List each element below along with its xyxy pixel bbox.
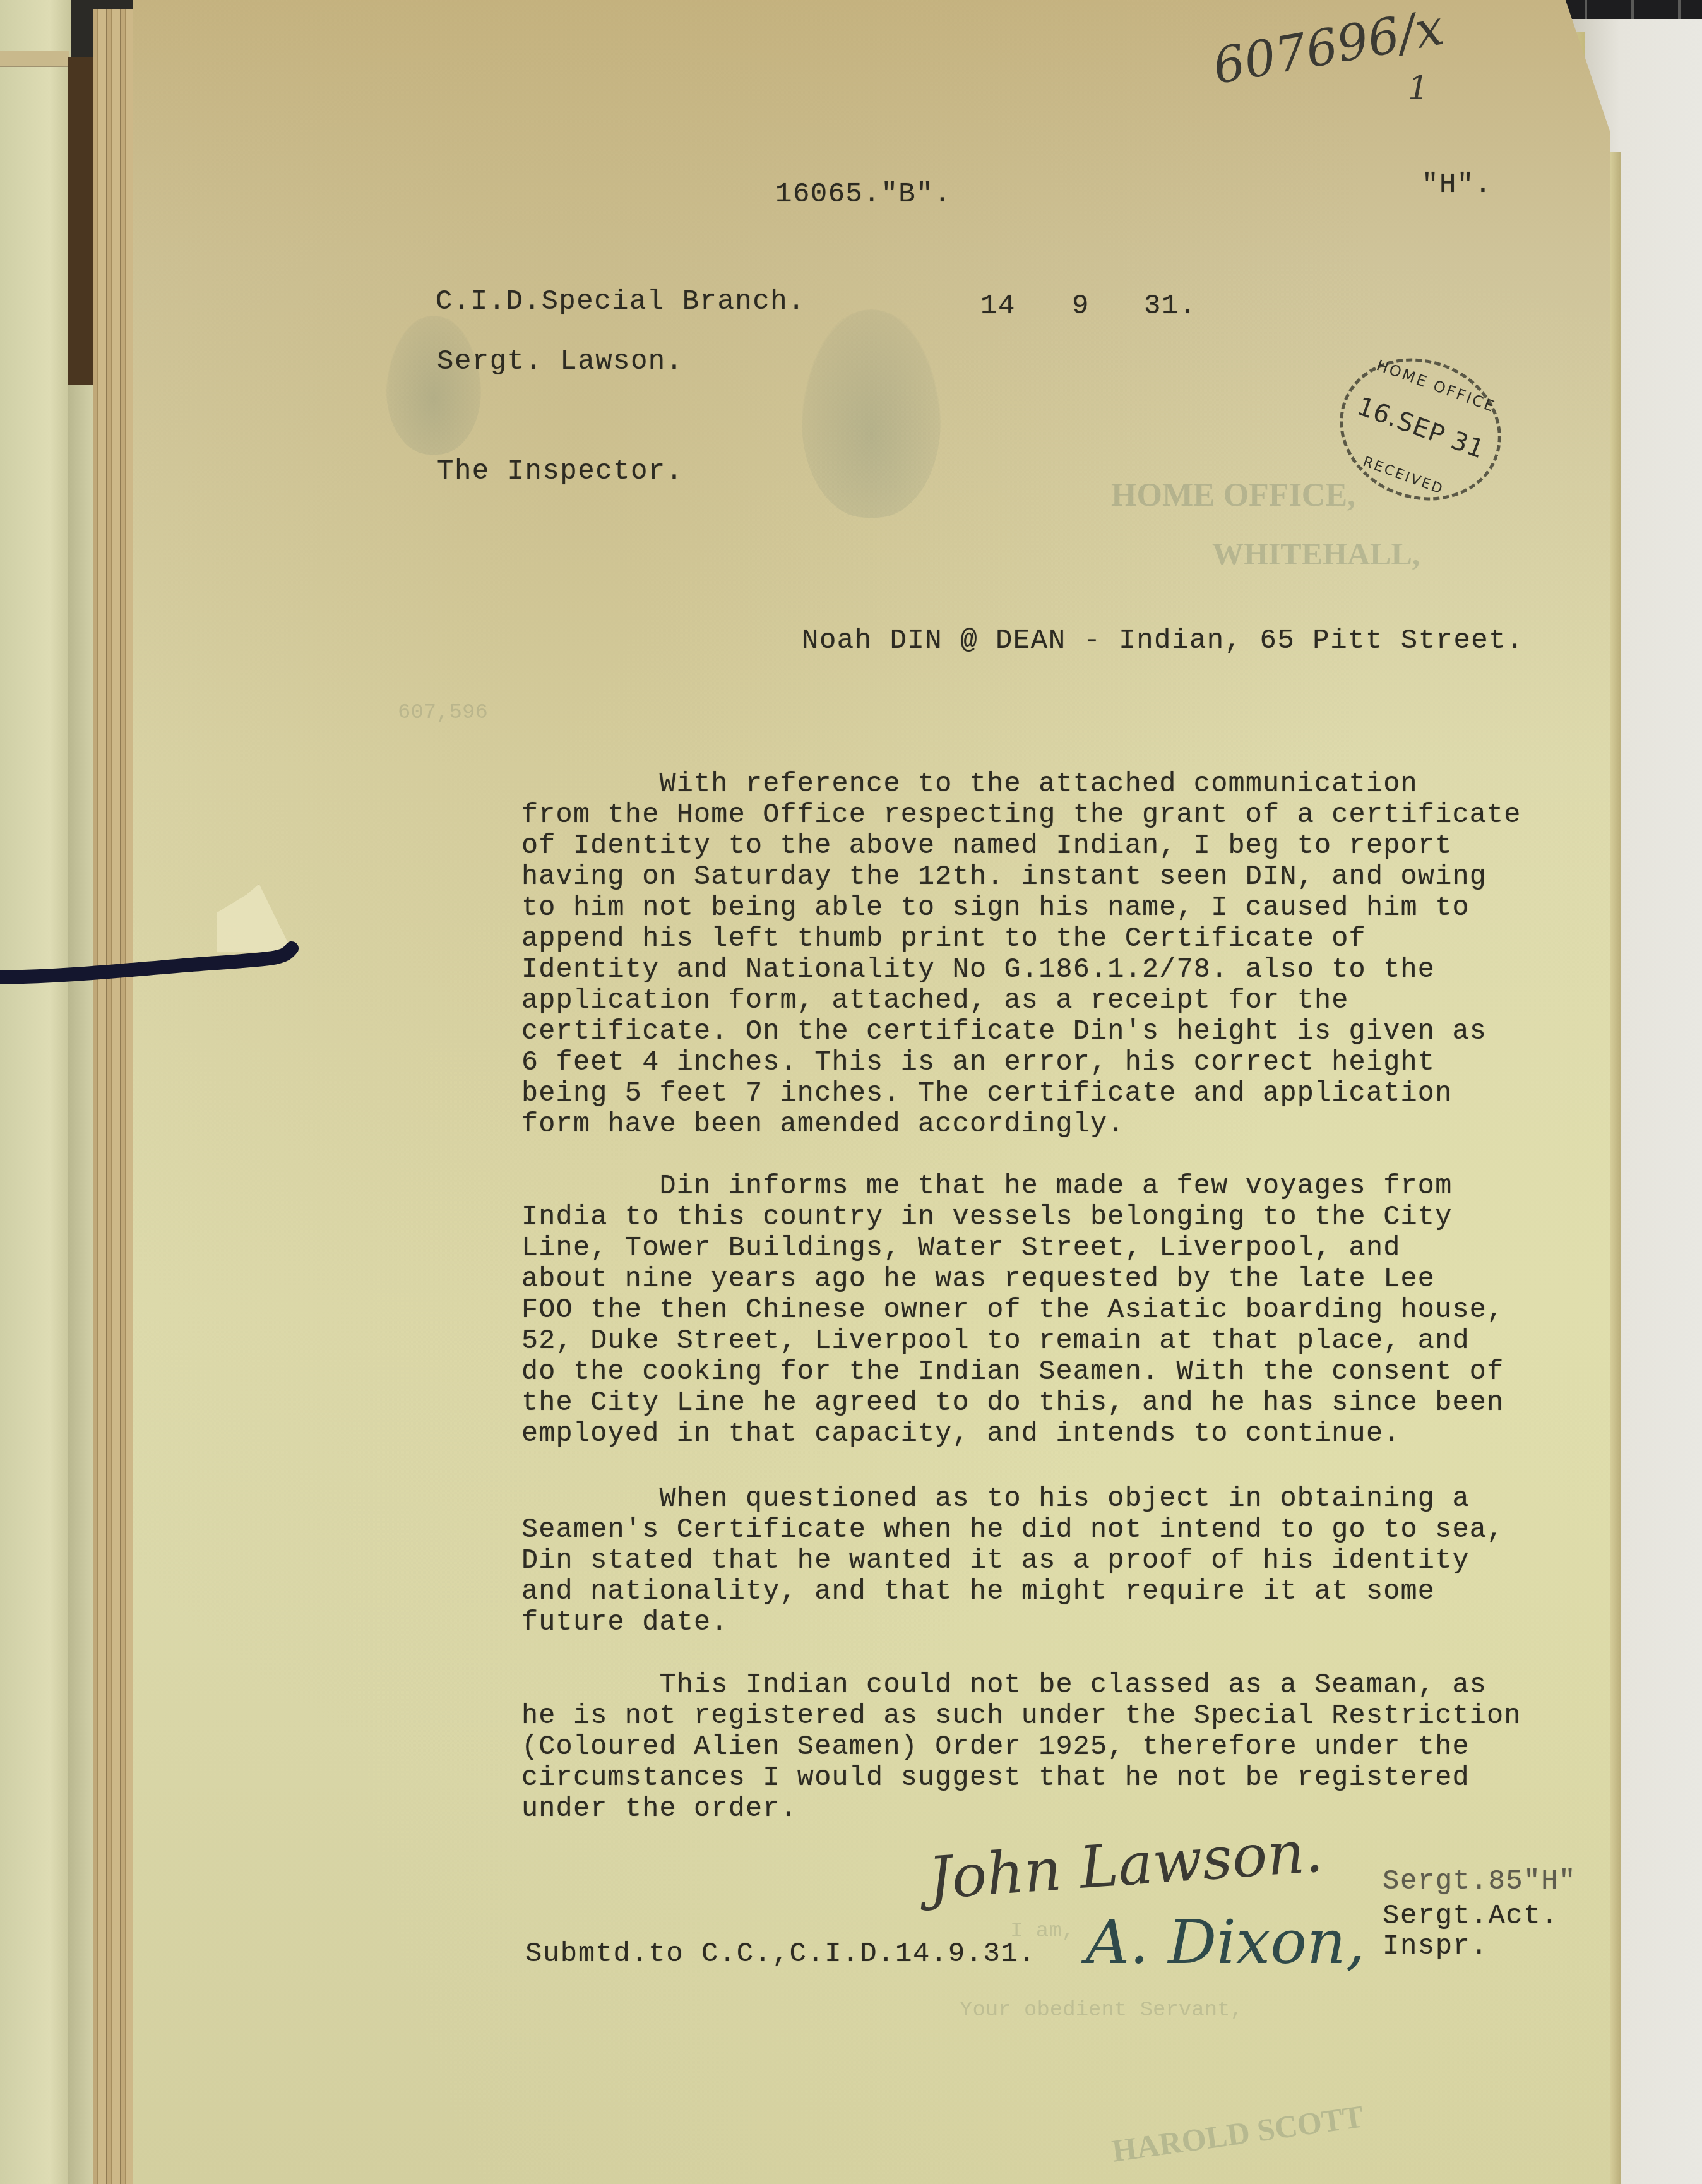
inspector-signature: A. Dixon, [1086, 1907, 1365, 1978]
body-line: under the order. [521, 1794, 797, 1825]
body-line: Identity and Nationality No G.186.1.2/78… [521, 955, 1435, 986]
body-line: he is not registered as such under the S… [521, 1701, 1521, 1732]
ghost-reference: 607,596 [398, 701, 488, 725]
body-line: application form, attached, as a receipt… [521, 986, 1349, 1017]
body-line: future date. [521, 1608, 729, 1638]
to-recipient: The Inspector. [437, 456, 684, 487]
body-line: having on Saturday the 12th. instant see… [521, 862, 1487, 893]
department: C.I.D.Special Branch. [436, 286, 806, 318]
sergeant-title: Sergt.85"H" [1383, 1866, 1576, 1897]
stacked-page-edges [93, 9, 133, 2184]
body-line: FOO the then Chinese owner of the Asiati… [521, 1295, 1504, 1326]
body-line: certificate. On the certificate Din's he… [521, 1017, 1487, 1047]
body-line: employed in that capacity, and intends t… [521, 1419, 1401, 1450]
date-year: 31. [1144, 290, 1197, 322]
body-line: from the Home Office respecting the gran… [521, 800, 1521, 831]
body-line: India to this country in vessels belongi… [521, 1202, 1452, 1233]
ghost-valediction: Your obedient Servant, [960, 1998, 1243, 2022]
body-line: Line, Tower Buildings, Water Street, Liv… [521, 1233, 1401, 1264]
body-line: Din stated that he wanted it as a proof … [521, 1546, 1470, 1577]
subject-line: Noah DIN @ DEAN - Indian, 65 Pitt Street… [802, 625, 1524, 657]
body-line: form have been amended accordingly. [521, 1109, 1125, 1140]
body-line: This Indian could not be classed as a Se… [521, 1670, 1487, 1701]
body-line: Seamen's Certificate when he did not int… [521, 1515, 1504, 1546]
from-sender: Sergt. Lawson. [437, 346, 684, 378]
archive-reference-sub: 1 [1408, 69, 1429, 107]
ghost-letterhead-home-office: HOME OFFICE, [1111, 477, 1355, 514]
body-line: of Identity to the above named Indian, I… [521, 831, 1452, 862]
body-line: With reference to the attached communica… [521, 769, 1418, 800]
body-line: the City Line he agreed to do this, and … [521, 1388, 1504, 1419]
submitted-line: Submtd.to C.C.,C.I.D.14.9.31. [525, 1938, 1036, 1970]
body-line: and nationality, and that he might requi… [521, 1577, 1435, 1608]
adjacent-page-left [0, 0, 71, 2184]
crest-showthrough-small [386, 316, 481, 455]
file-number: 16065."B". [775, 179, 951, 210]
body-line: to him not being able to sign his name, … [521, 893, 1470, 924]
crest-showthrough-large [802, 309, 941, 518]
file-gutter-shadow [68, 57, 93, 385]
division: "H". [1422, 169, 1492, 201]
acting-inspector-title-2: Inspr. [1383, 1931, 1488, 1962]
date-day: 14 [980, 290, 1016, 322]
adjacent-page-edge [0, 51, 69, 67]
acting-inspector-title-1: Sergt.Act. [1383, 1901, 1559, 1932]
binding-string [0, 941, 303, 985]
body-line: Din informs me that he made a few voyage… [521, 1171, 1452, 1202]
body-line: When questioned as to his object in obta… [521, 1484, 1470, 1515]
body-line: append his left thumb print to the Certi… [521, 924, 1366, 955]
body-line: being 5 feet 7 inches. The certificate a… [521, 1078, 1452, 1109]
body-line: do the cooking for the Indian Seamen. Wi… [521, 1357, 1504, 1388]
ghost-letterhead-whitehall: WHITEHALL, [1212, 535, 1420, 572]
file-gutter [68, 385, 93, 2184]
body-line: about nine years ago he was requested by… [521, 1264, 1435, 1295]
body-line: 52, Duke Street, Liverpool to remain at … [521, 1326, 1470, 1357]
body-line: 6 feet 4 inches. This is an error, his c… [521, 1047, 1435, 1078]
date-month: 9 [1072, 290, 1090, 322]
body-line: (Coloured Alien Seamen) Order 1925, ther… [521, 1732, 1470, 1763]
body-line: circumstances I would suggest that he no… [521, 1763, 1470, 1794]
